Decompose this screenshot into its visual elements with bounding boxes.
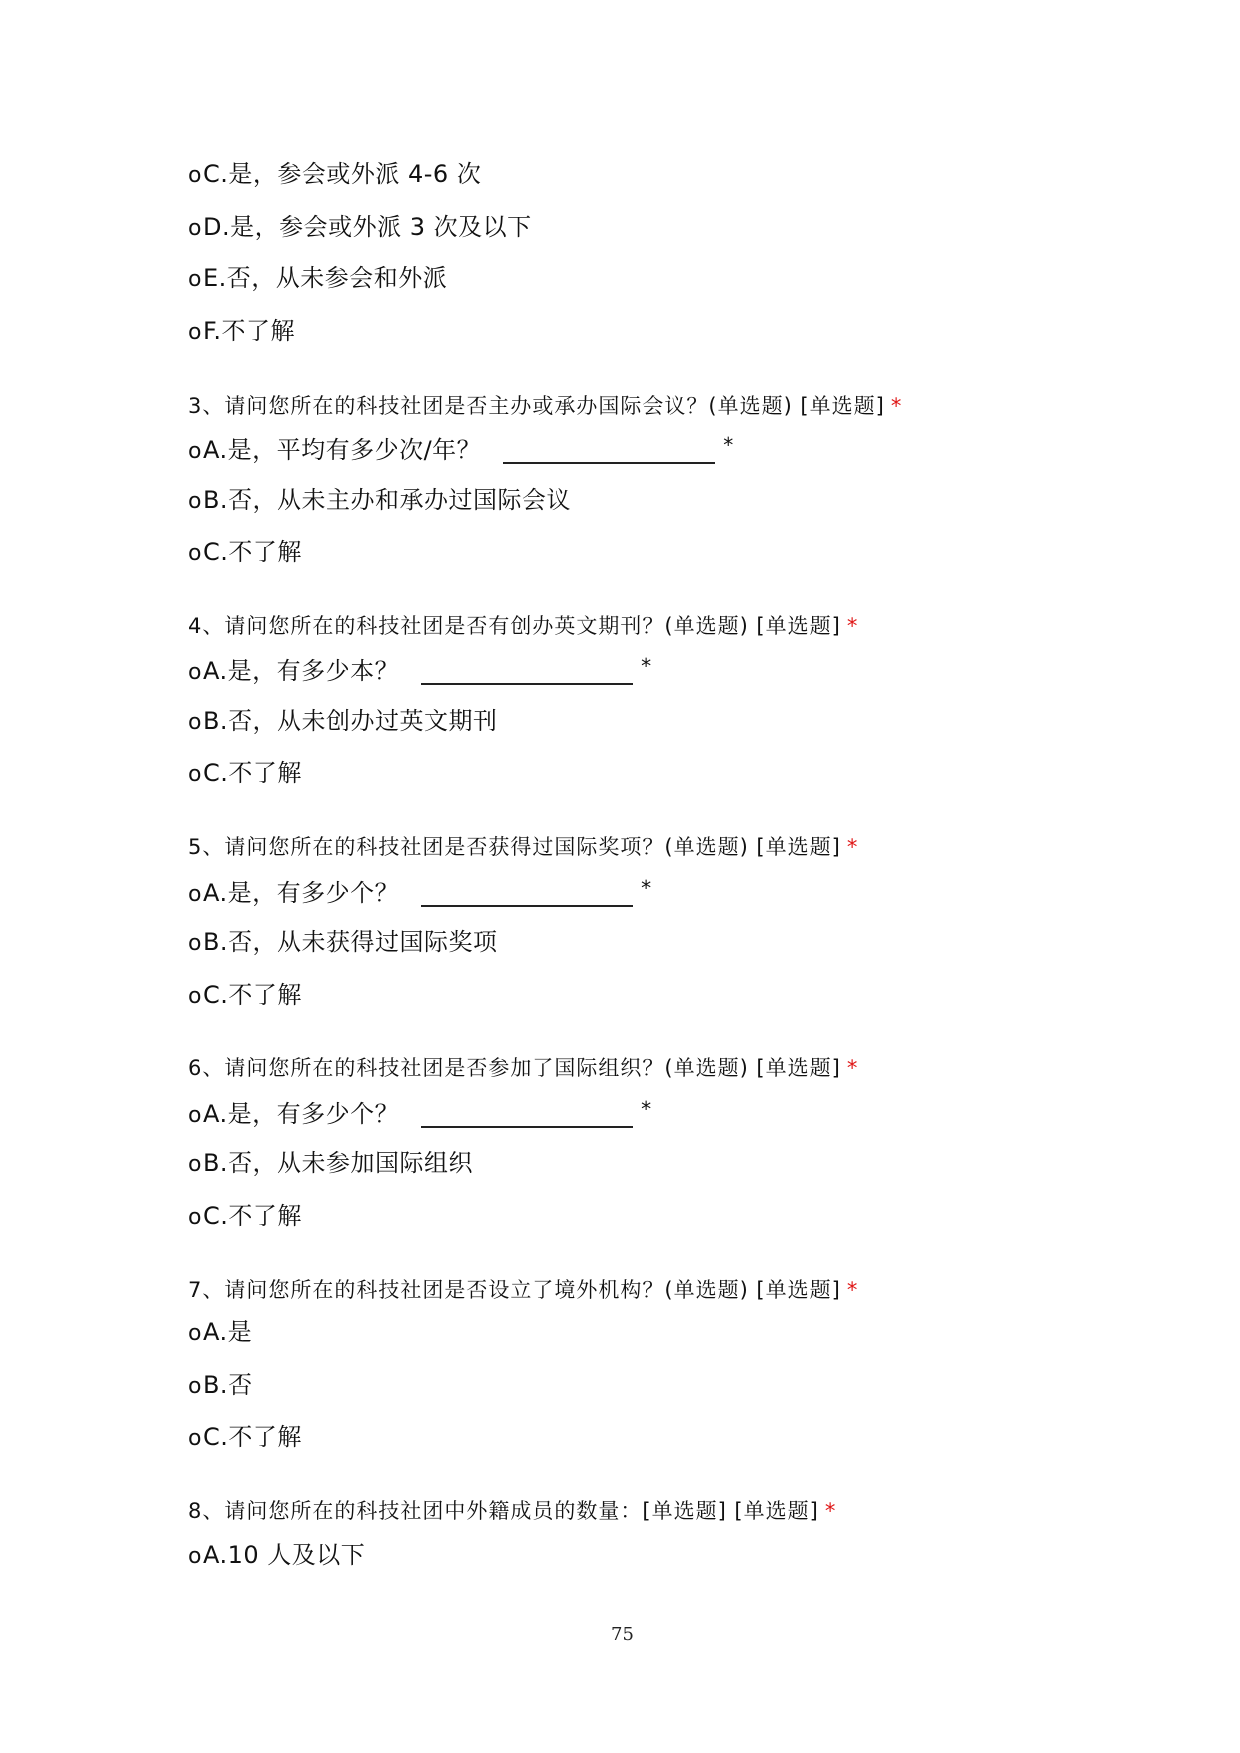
- option-text: 不了解: [228, 759, 302, 787]
- option-text: 是，参会或外派 3 次及以下: [230, 213, 532, 241]
- option-text: 否，从未创办过英文期刊: [228, 707, 498, 735]
- option-letter: E.: [203, 264, 227, 292]
- option-letter: C.: [203, 160, 228, 188]
- required-asterisk: *: [825, 1499, 837, 1523]
- question-text: 请问您所在的科技社团是否有创办英文期刊？(单选题) [单选题]: [224, 614, 840, 638]
- question-6-title: 6、请问您所在的科技社团是否参加了国际组织？(单选题) [单选题]*: [188, 1058, 858, 1079]
- radio-icon[interactable]: o: [188, 439, 202, 464]
- question-text: 请问您所在的科技社团中外籍成员的数量：[单选题] [单选题]: [224, 1499, 818, 1523]
- required-asterisk: *: [847, 614, 859, 638]
- question-number: 5、: [188, 835, 224, 859]
- radio-icon[interactable]: o: [188, 1374, 202, 1399]
- blank-required-asterisk: *: [723, 433, 734, 457]
- q6-option-a[interactable]: oA.是，有多少个？*: [188, 1099, 652, 1128]
- question-text: 请问您所在的科技社团是否参加了国际组织？(单选题) [单选题]: [224, 1056, 840, 1080]
- option-text: 是，参会或外派 4-6 次: [228, 160, 481, 188]
- radio-icon[interactable]: o: [188, 882, 202, 907]
- option-letter: A.: [203, 1541, 228, 1569]
- blank-required-asterisk: *: [641, 876, 652, 900]
- q3-option-b[interactable]: oB.否，从未主办和承办过国际会议: [188, 488, 571, 513]
- blank-required-asterisk: *: [641, 1097, 652, 1121]
- required-asterisk: *: [847, 1278, 859, 1302]
- option-letter: A.: [203, 1100, 228, 1128]
- radio-icon[interactable]: o: [188, 541, 202, 566]
- q7-option-c[interactable]: oC.不了解: [188, 1425, 302, 1450]
- option-letter: B.: [203, 486, 228, 514]
- blank-required-asterisk: *: [641, 654, 652, 678]
- radio-icon[interactable]: o: [188, 1205, 202, 1230]
- q4-option-a[interactable]: oA.是，有多少本？*: [188, 656, 652, 685]
- page-number: 75: [611, 1624, 634, 1645]
- q2-option-d[interactable]: oD.是，参会或外派 3 次及以下: [188, 215, 532, 240]
- option-letter: A.: [203, 879, 228, 907]
- option-text: 是: [228, 1318, 253, 1346]
- radio-icon[interactable]: o: [188, 1321, 202, 1346]
- radio-icon[interactable]: o: [188, 320, 202, 345]
- option-letter: C.: [203, 981, 228, 1009]
- question-number: 3、: [188, 394, 224, 418]
- option-letter: B.: [203, 928, 228, 956]
- q2-option-f[interactable]: oF.不了解: [188, 319, 295, 344]
- q6-option-c[interactable]: oC.不了解: [188, 1204, 302, 1229]
- option-text: 是，有多少本？: [228, 657, 400, 685]
- radio-icon[interactable]: o: [188, 762, 202, 787]
- radio-icon[interactable]: o: [188, 710, 202, 735]
- q3-option-a[interactable]: oA.是，平均有多少次/年？*: [188, 435, 734, 464]
- question-text: 请问您所在的科技社团是否获得过国际奖项？(单选题) [单选题]: [224, 835, 840, 859]
- radio-icon[interactable]: o: [188, 931, 202, 956]
- question-4-title: 4、请问您所在的科技社团是否有创办英文期刊？(单选题) [单选题]*: [188, 616, 858, 637]
- question-number: 4、: [188, 614, 224, 638]
- q8-option-a[interactable]: oA.10 人及以下: [188, 1543, 365, 1568]
- radio-icon[interactable]: o: [188, 984, 202, 1009]
- question-3-title: 3、请问您所在的科技社团是否主办或承办国际会议？(单选题) [单选题]*: [188, 396, 902, 417]
- q4-option-c[interactable]: oC.不了解: [188, 761, 302, 786]
- question-number: 8、: [188, 1499, 224, 1523]
- option-text: 不了解: [222, 317, 296, 345]
- radio-icon[interactable]: o: [188, 1544, 202, 1569]
- q4-option-b[interactable]: oB.否，从未创办过英文期刊: [188, 709, 498, 734]
- q5-option-a[interactable]: oA.是，有多少个？*: [188, 878, 652, 907]
- q6-option-b[interactable]: oB.否，从未参加国际组织: [188, 1151, 473, 1176]
- option-letter: A.: [203, 1318, 228, 1346]
- fill-in-blank-input[interactable]: [421, 883, 633, 907]
- option-text: 不了解: [228, 538, 302, 566]
- required-asterisk: *: [891, 394, 903, 418]
- option-text: 否，从未参会和外派: [227, 264, 448, 292]
- question-7-title: 7、请问您所在的科技社团是否设立了境外机构？(单选题) [单选题]*: [188, 1280, 858, 1301]
- option-letter: F.: [203, 317, 222, 345]
- question-8-title: 8、请问您所在的科技社团中外籍成员的数量：[单选题] [单选题]*: [188, 1501, 836, 1522]
- radio-icon[interactable]: o: [188, 1426, 202, 1451]
- option-text: 否，从未获得过国际奖项: [228, 928, 498, 956]
- question-text: 请问您所在的科技社团是否设立了境外机构？(单选题) [单选题]: [224, 1278, 840, 1302]
- document-page: oC.是，参会或外派 4-6 次 oD.是，参会或外派 3 次及以下 oE.否，…: [0, 0, 1240, 1753]
- option-letter: B.: [203, 1149, 228, 1177]
- option-text: 不了解: [228, 981, 302, 1009]
- radio-icon[interactable]: o: [188, 1103, 202, 1128]
- option-text: 不了解: [228, 1202, 302, 1230]
- option-letter: B.: [203, 1371, 228, 1399]
- q5-option-c[interactable]: oC.不了解: [188, 983, 302, 1008]
- radio-icon[interactable]: o: [188, 489, 202, 514]
- option-text: 不了解: [228, 1423, 302, 1451]
- question-text: 请问您所在的科技社团是否主办或承办国际会议？(单选题) [单选题]: [224, 394, 884, 418]
- option-letter: B.: [203, 707, 228, 735]
- option-text: 是，有多少个？: [228, 879, 400, 907]
- radio-icon[interactable]: o: [188, 216, 202, 241]
- q5-option-b[interactable]: oB.否，从未获得过国际奖项: [188, 930, 498, 955]
- option-letter: D.: [203, 213, 230, 241]
- radio-icon[interactable]: o: [188, 660, 202, 685]
- q7-option-a[interactable]: oA.是: [188, 1320, 252, 1345]
- radio-icon[interactable]: o: [188, 1152, 202, 1177]
- q2-option-c[interactable]: oC.是，参会或外派 4-6 次: [188, 162, 481, 187]
- option-letter: A.: [203, 436, 228, 464]
- option-text: 是，有多少个？: [228, 1100, 400, 1128]
- option-text: 10 人及以下: [228, 1541, 366, 1569]
- q3-option-c[interactable]: oC.不了解: [188, 540, 302, 565]
- question-number: 6、: [188, 1056, 224, 1080]
- question-number: 7、: [188, 1278, 224, 1302]
- question-5-title: 5、请问您所在的科技社团是否获得过国际奖项？(单选题) [单选题]*: [188, 837, 858, 858]
- radio-icon[interactable]: o: [188, 267, 202, 292]
- fill-in-blank-input[interactable]: [421, 661, 633, 685]
- option-letter: C.: [203, 1423, 228, 1451]
- required-asterisk: *: [847, 1056, 859, 1080]
- option-text: 否: [228, 1371, 253, 1399]
- option-text: 否，从未主办和承办过国际会议: [228, 486, 571, 514]
- option-letter: C.: [203, 538, 228, 566]
- option-letter: A.: [203, 657, 228, 685]
- option-letter: C.: [203, 1202, 228, 1230]
- fill-in-blank-input[interactable]: [503, 440, 715, 464]
- option-text: 是，平均有多少次/年？: [228, 436, 482, 464]
- q2-option-e[interactable]: oE.否，从未参会和外派: [188, 266, 447, 291]
- option-text: 否，从未参加国际组织: [228, 1149, 473, 1177]
- radio-icon[interactable]: o: [188, 163, 202, 188]
- q7-option-b[interactable]: oB.否: [188, 1373, 253, 1398]
- option-letter: C.: [203, 759, 228, 787]
- required-asterisk: *: [847, 835, 859, 859]
- fill-in-blank-input[interactable]: [421, 1104, 633, 1128]
